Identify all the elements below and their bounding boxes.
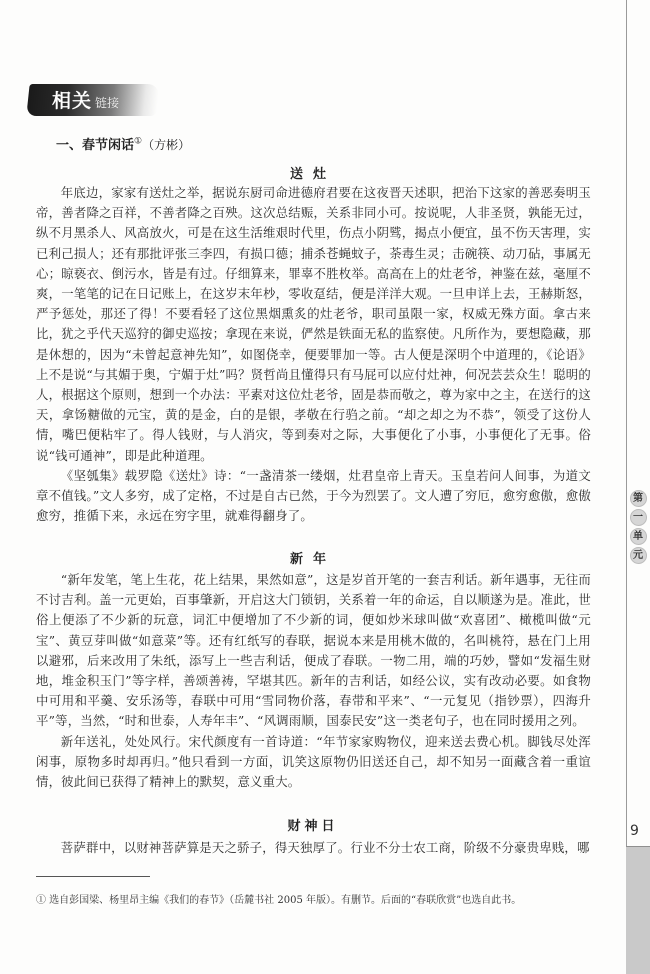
page-number: 9 [630, 823, 639, 839]
banner-subtitle: 链接 [95, 94, 119, 111]
section-heading: 一、春节闲话①（方彬） [56, 134, 190, 153]
margin-divider [626, 0, 627, 974]
margin-shaded-block [626, 846, 650, 974]
article-body: “新年发笔，笔上生花，花上结果，果然如意”，这是岁首开笔的一套吉利话。新年遇事，… [36, 570, 591, 792]
textbook-page: 第 一 单 元 9 相关 链接 一、春节闲话①（方彬） 送灶 年底边，家家有送灶… [0, 0, 650, 974]
article-title: 新年 [0, 548, 626, 567]
paragraph: 菩萨群中，以财神菩萨算是天之骄子，得天独厚了。行业不分士农工商，阶级不分豪贵卑贱… [36, 838, 591, 858]
footnote-divider [36, 876, 150, 877]
article-title: 送灶 [0, 163, 626, 182]
unit-side-tab: 第 一 单 元 [628, 490, 648, 564]
ink-brush-stroke [26, 84, 159, 116]
related-links-banner: 相关 链接 [28, 80, 158, 120]
banner-title: 相关 [52, 86, 92, 113]
unit-tab-char: 元 [630, 547, 647, 564]
unit-tab-char: 第 [630, 490, 647, 507]
article-body: 年底边，家家有送灶之举，据说东厨司命进德府君要在这夜晋天述职，把治下这家的善恶奏… [36, 183, 591, 526]
section-author: （方彬） [142, 138, 190, 152]
paragraph: 年底边，家家有送灶之举，据说东厨司命进德府君要在这夜晋天述职，把治下这家的善恶奏… [36, 183, 591, 466]
paragraph: 新年送礼，处处风行。宋代颜度有一首诗道：“年节家家购物仪，迎来送去费心机。脚钱尽… [36, 732, 591, 793]
paragraph: 《坚瓠集》载罗隐《送灶》诗：“一盏清茶一缕烟，灶君皇帝上青天。玉皇若问人间事，为… [36, 466, 591, 527]
article-title: 财神日 [0, 815, 626, 834]
footnote-marker[interactable]: ① [134, 137, 142, 147]
unit-tab-char: 一 [630, 509, 647, 526]
paragraph: “新年发笔，笔上生花，花上结果，果然如意”，这是岁首开笔的一套吉利话。新年遇事，… [36, 570, 591, 732]
unit-tab-char: 单 [630, 528, 647, 545]
article-body: 菩萨群中，以财神菩萨算是天之骄子，得天独厚了。行业不分士农工商，阶级不分豪贵卑贱… [36, 838, 591, 858]
section-title: 一、春节闲话 [56, 138, 134, 153]
footnote: ① 选自彭国梁、杨里昂主编《我们的春节》（岳麓书社 2005 年版）。有删节。后… [36, 891, 616, 906]
